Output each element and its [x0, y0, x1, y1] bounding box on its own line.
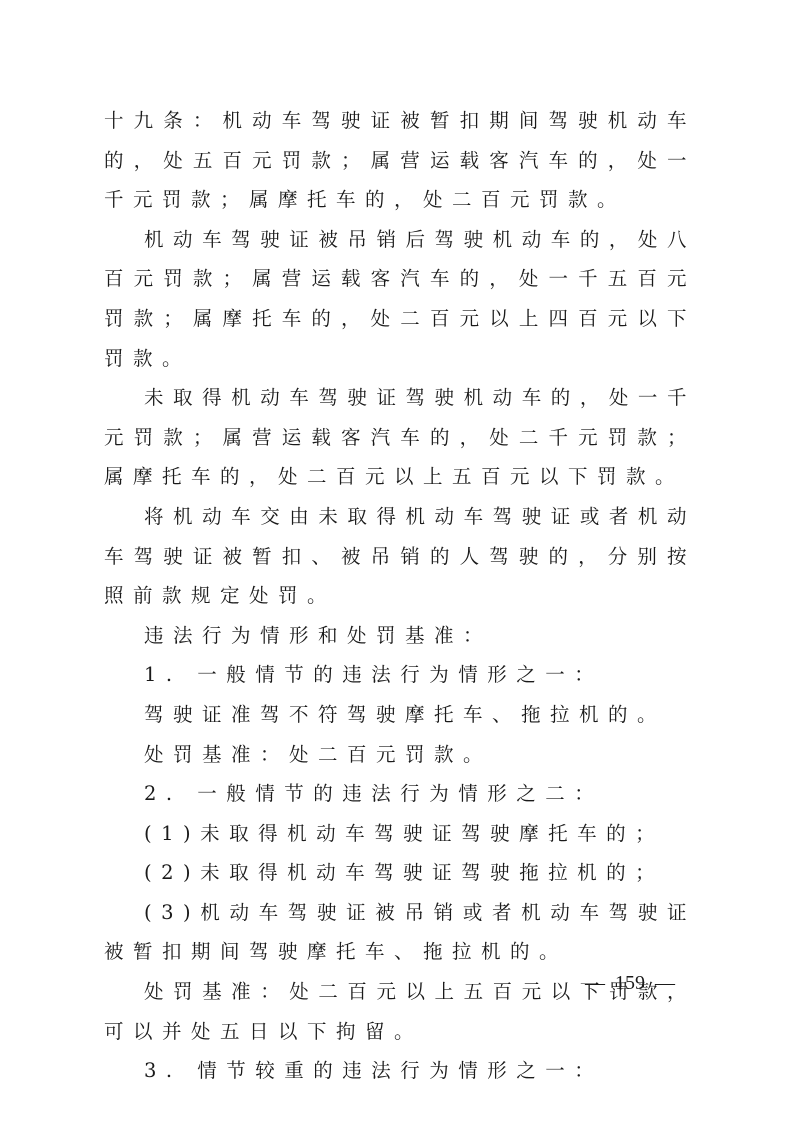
paragraph-case-1-penalty: 处罚基准：处二百元罚款。: [104, 735, 696, 775]
paragraph-no-license: 未取得机动车驾驶证驾驶机动车的，处一千元罚款；属营运载客汽车的，处二千元罚款；属…: [104, 378, 696, 497]
paragraph-case-2-item-1: (1)未取得机动车驾驶证驾驶摩托车的；: [104, 814, 696, 854]
paragraph-lending-vehicle: 将机动车交由未取得机动车驾驶证或者机动车驾驶证被暂扣、被吊销的人驾驶的，分别按照…: [104, 497, 696, 616]
paragraph-case-2-item-3: (3)机动车驾驶证被吊销或者机动车驾驶证被暂扣期间驾驶摩托车、拖拉机的。: [104, 893, 696, 972]
paragraph-case-2-heading: 2. 一般情节的违法行为情形之二：: [104, 774, 696, 814]
paragraph-case-1-heading: 1. 一般情节的违法行为情形之一：: [104, 655, 696, 695]
paragraph-case-1-detail: 驾驶证准驾不符驾驶摩托车、拖拉机的。: [104, 695, 696, 735]
paragraph-article-continuation: 十九条：机动车驾驶证被暂扣期间驾驶机动车的，处五百元罚款；属营运载客汽车的，处一…: [104, 101, 696, 220]
paragraph-standards-heading: 违法行为情形和处罚基准：: [104, 616, 696, 656]
paragraph-case-2-item-2: (2)未取得机动车驾驶证驾驶拖拉机的；: [104, 853, 696, 893]
paragraph-case-3-heading: 3. 情节较重的违法行为情形之一：: [104, 1051, 696, 1091]
document-page: 十九条：机动车驾驶证被暂扣期间驾驶机动车的，处五百元罚款；属营运载客汽车的，处一…: [0, 0, 793, 1122]
paragraph-revoked-license: 机动车驾驶证被吊销后驾驶机动车的，处八百元罚款；属营运载客汽车的，处一千五百元罚…: [104, 220, 696, 378]
body-text: 十九条：机动车驾驶证被暂扣期间驾驶机动车的，处五百元罚款；属营运载客汽车的，处一…: [104, 101, 696, 1091]
page-number: — 159 —: [585, 972, 675, 995]
